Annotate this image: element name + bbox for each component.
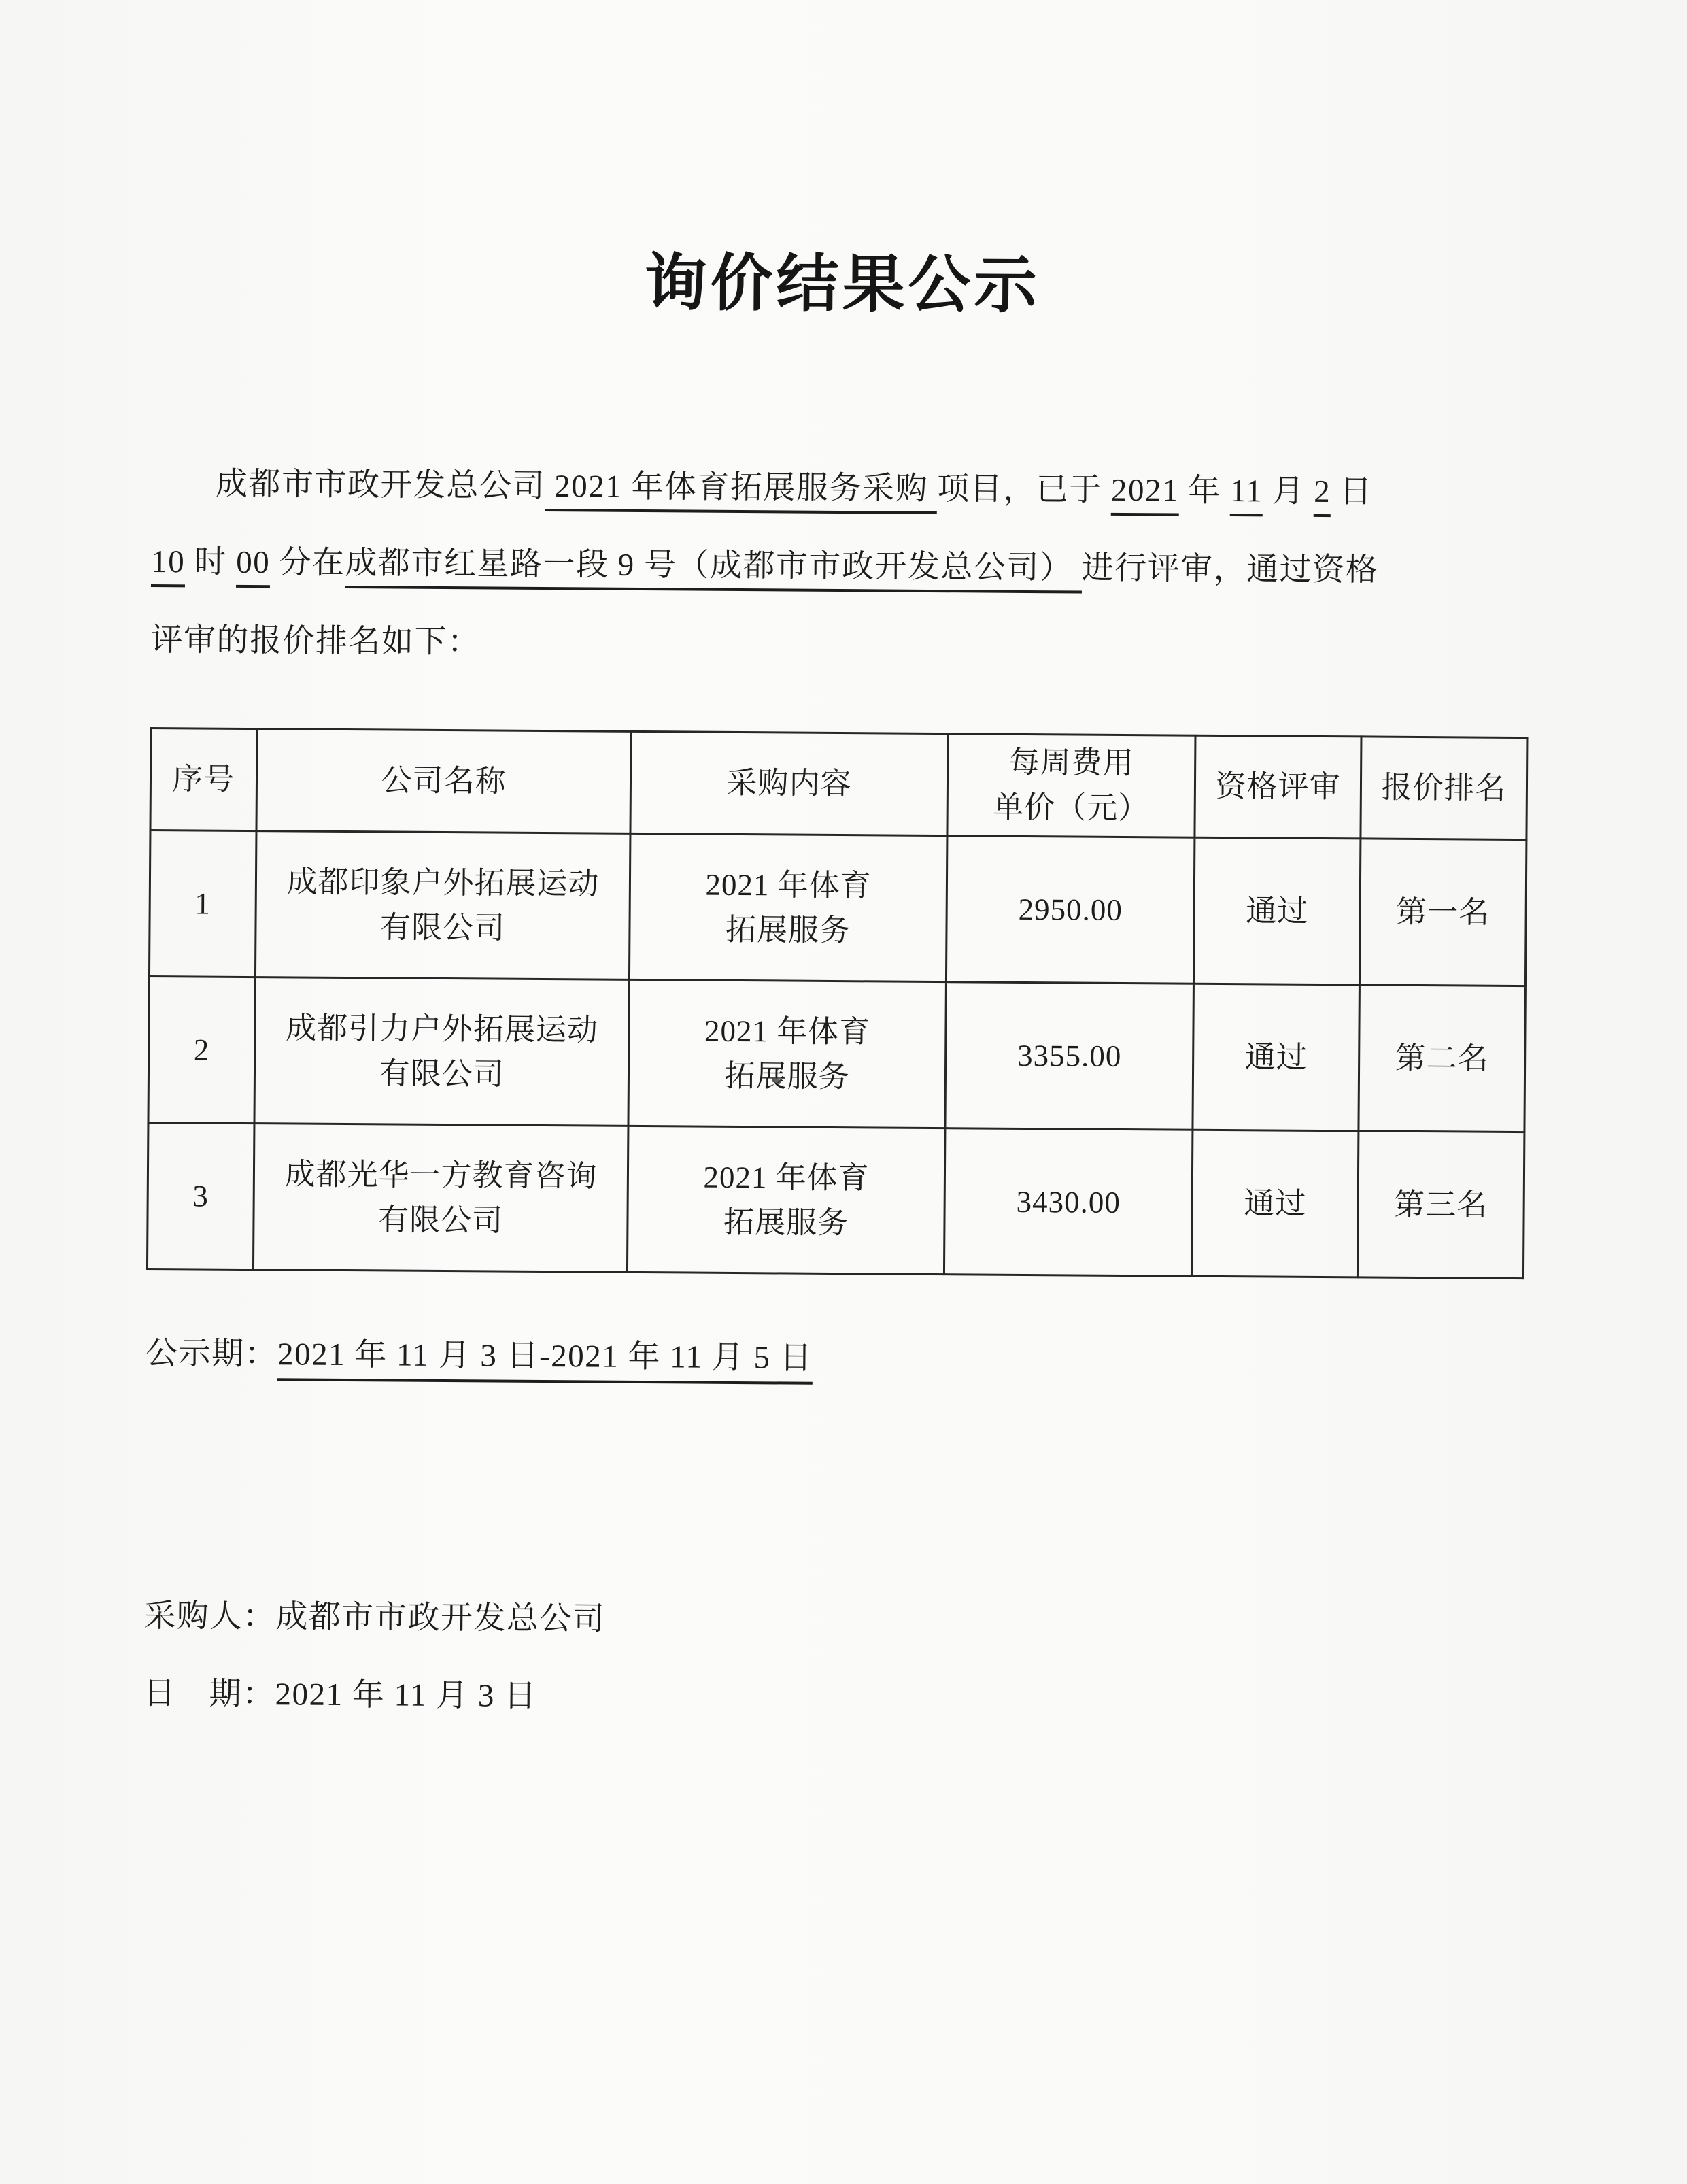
header-cell-rank: 报价排名 xyxy=(1361,737,1527,840)
cell-price: 3355.00 xyxy=(945,981,1194,1130)
cell-index: 2 xyxy=(148,976,255,1123)
header-cell-index: 序号 xyxy=(150,728,257,830)
date-label: 日 期： xyxy=(143,1676,275,1712)
underlined-month: 11 xyxy=(1230,473,1263,516)
cell-company: 成都光华一方教育咨询 有限公司 xyxy=(253,1123,628,1272)
text-segment: 分在 xyxy=(270,545,345,581)
cell-item: 2021 年体育 拓展服务 xyxy=(628,1126,945,1274)
underlined-day: 2 xyxy=(1314,474,1331,517)
cell-qualify: 通过 xyxy=(1193,984,1359,1131)
page-title: 询价结果公示 xyxy=(153,243,1532,325)
header-cell-price: 每周费用 单价（元） xyxy=(947,733,1195,837)
text-segment: 进行评审，通过资格 xyxy=(1082,550,1379,588)
cell-index: 1 xyxy=(149,830,256,977)
header-cell-company: 公司名称 xyxy=(256,728,632,833)
underlined-hour: 10 xyxy=(151,544,185,587)
text-segment: 年 xyxy=(1179,473,1230,509)
text-segment: 项目，已于 xyxy=(937,471,1111,508)
table-row: 1 成都印象户外拓展运动 有限公司 2021 年体育 拓展服务 2950.00 … xyxy=(149,830,1526,986)
publicity-period-line: 公示期：2021 年 11 月 3 日-2021 年 11 月 5 日 xyxy=(146,1334,1524,1382)
cell-company: 成都引力户外拓展运动 有限公司 xyxy=(254,977,630,1126)
cell-price: 3430.00 xyxy=(944,1128,1193,1276)
cell-rank: 第三名 xyxy=(1358,1131,1524,1279)
underlined-address: 成都市红星路一段 9 号（成都市市政开发总公司） xyxy=(345,545,1082,594)
purchaser-label: 采购人： xyxy=(143,1598,275,1634)
cell-index: 3 xyxy=(147,1122,254,1269)
cell-rank: 第一名 xyxy=(1360,839,1527,986)
date-value: 2021 年 11 月 3 日 xyxy=(275,1677,536,1714)
cell-qualify: 通过 xyxy=(1194,837,1361,985)
text-segment: 日 xyxy=(1331,474,1373,509)
underlined-year: 2021 xyxy=(1111,473,1179,516)
document-content: 询价结果公示 成都市市政开发总公司 2021 年体育拓展服务采购 项目，已于 2… xyxy=(143,0,1533,1722)
cell-qualify: 通过 xyxy=(1192,1130,1359,1277)
underlined-minute: 00 xyxy=(236,545,270,588)
date-line: 日 期：2021 年 11 月 3 日 xyxy=(143,1675,1521,1722)
cell-item: 2021 年体育 拓展服务 xyxy=(630,833,947,981)
table-row: 3 成都光华一方教育咨询 有限公司 2021 年体育 拓展服务 3430.00 … xyxy=(147,1122,1524,1278)
publicity-label: 公示期： xyxy=(146,1336,277,1372)
cell-rank: 第二名 xyxy=(1359,985,1525,1132)
intro-line-1: 成都市市政开发总公司 2021 年体育拓展服务采购 项目，已于 2021 年 1… xyxy=(152,445,1531,533)
text-segment: 时 xyxy=(185,544,236,580)
text-segment: 月 xyxy=(1263,473,1314,509)
intro-line-3: 评审的报价排名如下： xyxy=(150,601,1529,689)
header-cell-item: 采购内容 xyxy=(630,731,948,835)
header-cell-qualify: 资格评审 xyxy=(1195,735,1361,839)
intro-line-2: 10 时 00 分在成都市红星路一段 9 号（成都市市政开发总公司） 进行评审，… xyxy=(151,523,1530,611)
table-header-row: 序号 公司名称 采购内容 每周费用 单价（元） 资格评审 报价排名 xyxy=(150,728,1527,839)
underlined-project-name: 2021 年体育拓展服务采购 xyxy=(545,469,938,514)
purchaser-line: 采购人：成都市市政开发总公司 xyxy=(143,1597,1522,1645)
cell-company: 成都印象户外拓展运动 有限公司 xyxy=(255,830,630,979)
table-row: 2 成都引力户外拓展运动 有限公司 2021 年体育 拓展服务 3355.00 … xyxy=(148,976,1525,1132)
document-sheet: 询价结果公示 成都市市政开发总公司 2021 年体育拓展服务采购 项目，已于 2… xyxy=(0,0,1687,2184)
cell-price: 2950.00 xyxy=(946,835,1195,984)
intro-paragraph: 成都市市政开发总公司 2021 年体育拓展服务采购 项目，已于 2021 年 1… xyxy=(150,445,1530,689)
cell-item: 2021 年体育 拓展服务 xyxy=(628,979,946,1128)
results-table: 序号 公司名称 采购内容 每周费用 单价（元） 资格评审 报价排名 1 成都印象… xyxy=(146,727,1529,1279)
publicity-dates: 2021 年 11 月 3 日-2021 年 11 月 5 日 xyxy=(277,1337,813,1384)
text-segment: 成都市市政开发总公司 xyxy=(216,466,545,503)
purchaser-value: 成都市市政开发总公司 xyxy=(275,1599,605,1636)
